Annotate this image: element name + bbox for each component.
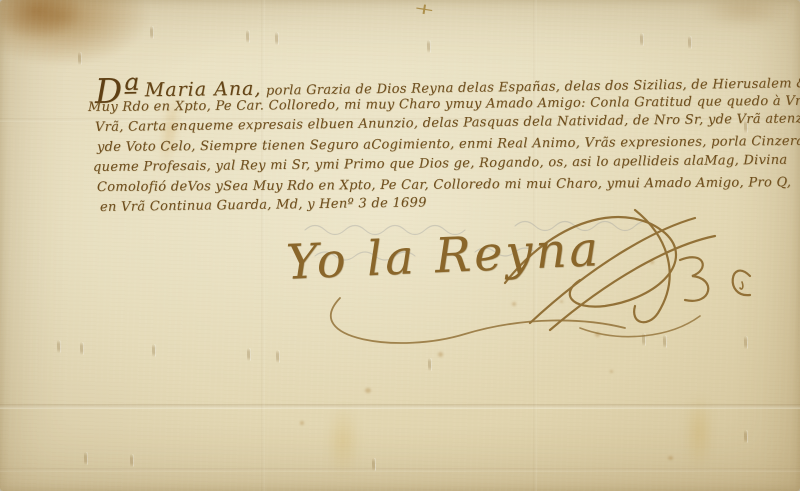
binding-slit-mark bbox=[744, 336, 748, 349]
stain-bottom-right bbox=[684, 394, 714, 470]
binding-slit-mark bbox=[642, 333, 646, 346]
binding-slit-mark bbox=[78, 52, 82, 65]
manuscript-line-3: Vrã, Carta enqueme expresais elbuen Anun… bbox=[95, 111, 800, 135]
manuscript-line-6: Comolofió deVos ySea Muy Rdo en Xpto, Pe… bbox=[97, 175, 791, 195]
foxing-spot bbox=[595, 332, 600, 337]
binding-slit-mark bbox=[130, 454, 134, 467]
binding-slit-mark bbox=[372, 458, 376, 471]
binding-slit-mark bbox=[80, 342, 84, 355]
binding-slit-mark bbox=[246, 30, 250, 43]
binding-slit-mark bbox=[152, 344, 156, 357]
cross-mark: + bbox=[412, 0, 436, 20]
line-text: yde Voto Celo, Siempre tienen Seguro aCo… bbox=[97, 134, 800, 155]
fold-crease-horizontal bbox=[0, 468, 800, 472]
binding-slit-mark bbox=[275, 32, 279, 45]
binding-slit-mark bbox=[150, 26, 154, 39]
stain-top-right bbox=[700, 0, 790, 28]
stain-top-left-core bbox=[0, 0, 82, 40]
foxing-spot bbox=[365, 388, 371, 393]
manuscript-document: + Dª Maria Ana, porla Grazia de Dios Rey… bbox=[0, 0, 800, 491]
signature-yo-la-reyna: Yo la Reyna bbox=[285, 221, 602, 291]
binding-slit-mark bbox=[427, 40, 431, 53]
line-text: queme Profesais, yal Rey mi Sr, ymi Prim… bbox=[93, 153, 788, 175]
foxing-spot bbox=[438, 352, 443, 357]
binding-slit-mark bbox=[744, 430, 748, 443]
binding-slit-mark bbox=[688, 36, 692, 49]
foxing-spot bbox=[560, 300, 563, 303]
stain-bottom-center bbox=[326, 404, 360, 478]
manuscript-line-4: yde Voto Celo, Siempre tienen Seguro aCo… bbox=[97, 134, 800, 155]
line-text: Vrã, Carta enqueme expresais elbuen Anun… bbox=[95, 111, 800, 135]
foxing-spot bbox=[512, 302, 516, 306]
foxing-spot bbox=[668, 456, 673, 460]
foxing-spot bbox=[610, 370, 613, 373]
binding-slit-mark bbox=[663, 335, 667, 348]
binding-slit-mark bbox=[57, 340, 61, 353]
manuscript-line-5: queme Profesais, yal Rey mi Sr, ymi Prim… bbox=[93, 153, 788, 175]
binding-slit-mark bbox=[640, 33, 644, 46]
manuscript-line-7: en Vrã Continua Guarda, Md, y Henº 3 de … bbox=[100, 195, 427, 215]
binding-slit-mark bbox=[428, 358, 432, 371]
binding-slit-mark bbox=[276, 350, 280, 363]
foxing-spot bbox=[650, 260, 654, 264]
foxing-spot bbox=[300, 421, 304, 425]
binding-slit-mark bbox=[247, 348, 251, 361]
line-text: en Vrã Continua Guarda, Md, y Henº 3 de … bbox=[100, 195, 427, 215]
binding-slit-mark bbox=[84, 452, 88, 465]
fold-crease-horizontal bbox=[0, 404, 800, 409]
line-text: Comolofió deVos ySea Muy Rdo en Xpto, Pe… bbox=[97, 175, 791, 195]
stain-top-left bbox=[0, 0, 150, 66]
